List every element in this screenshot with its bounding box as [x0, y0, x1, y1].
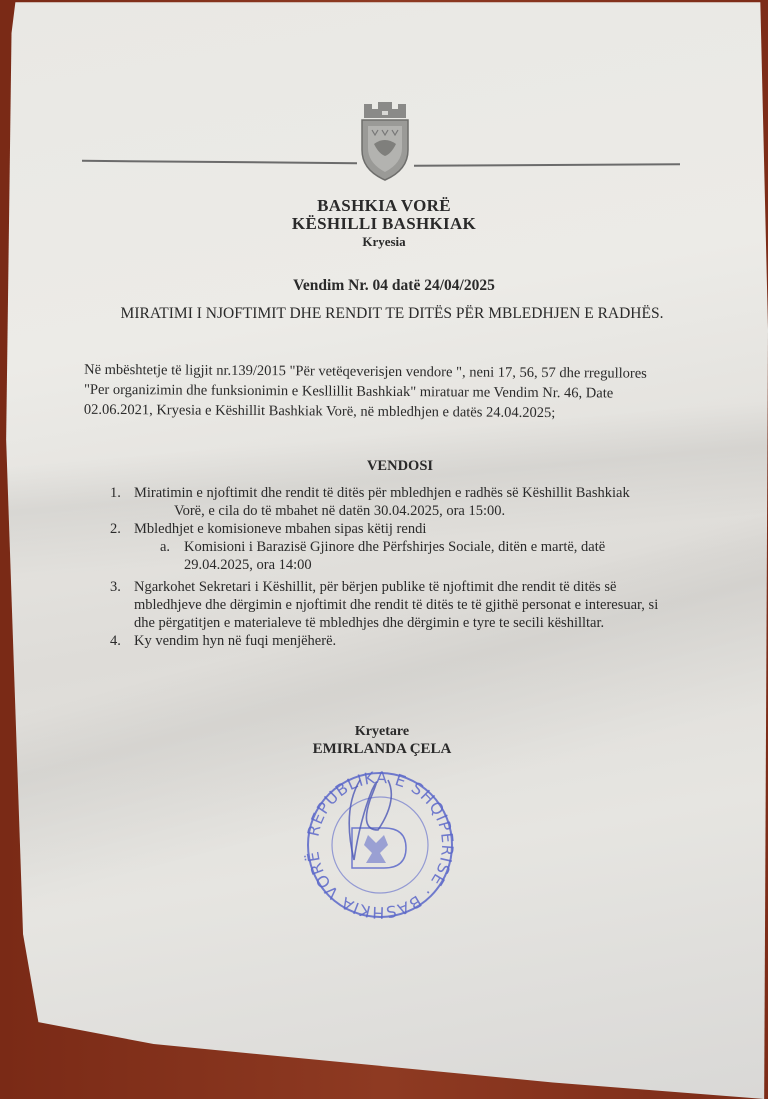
decision-subitem-a: a. Komisioni i Barazisë Gjinore dhe Përf…: [110, 538, 730, 574]
decision-title: MIRATIMI I NJOFTIMIT DHE RENDIT TE DITËS…: [8, 305, 768, 323]
preamble: Në mbështetje të ligjit nr.139/2015 "Për…: [84, 360, 714, 424]
municipal-coat-of-arms-icon: [356, 98, 414, 183]
council-name: KËSHILLI BASHKIAK: [0, 214, 768, 234]
signer-name: EMIRLANDA ÇELA: [0, 741, 766, 758]
decision-item-1: 1. Miratimin e njoftimit dhe rendit të d…: [110, 484, 730, 520]
decision-items: 1. Miratimin e njoftimit dhe rendit të d…: [110, 484, 730, 650]
decides-heading: VENDOSI: [16, 458, 768, 475]
official-stamp-icon: REPUBLIKA E SHQIPERISE · BASHKIA VORË: [300, 760, 460, 920]
municipality-name: BASHKIA VORË: [0, 196, 768, 216]
decision-item-2: 2. Mbledhjet e komisioneve mbahen sipas …: [110, 520, 730, 538]
council-body: Kryesia: [0, 234, 768, 250]
decision-number: Vendim Nr. 04 datë 24/04/2025: [10, 277, 768, 295]
signer-role: Kryetare: [0, 724, 766, 740]
decision-item-3: 3. Ngarkohet Sekretari i Këshillit, për …: [110, 578, 730, 632]
decision-item-4: 4. Ky vendim hyn në fuqi menjëherë.: [110, 632, 730, 650]
